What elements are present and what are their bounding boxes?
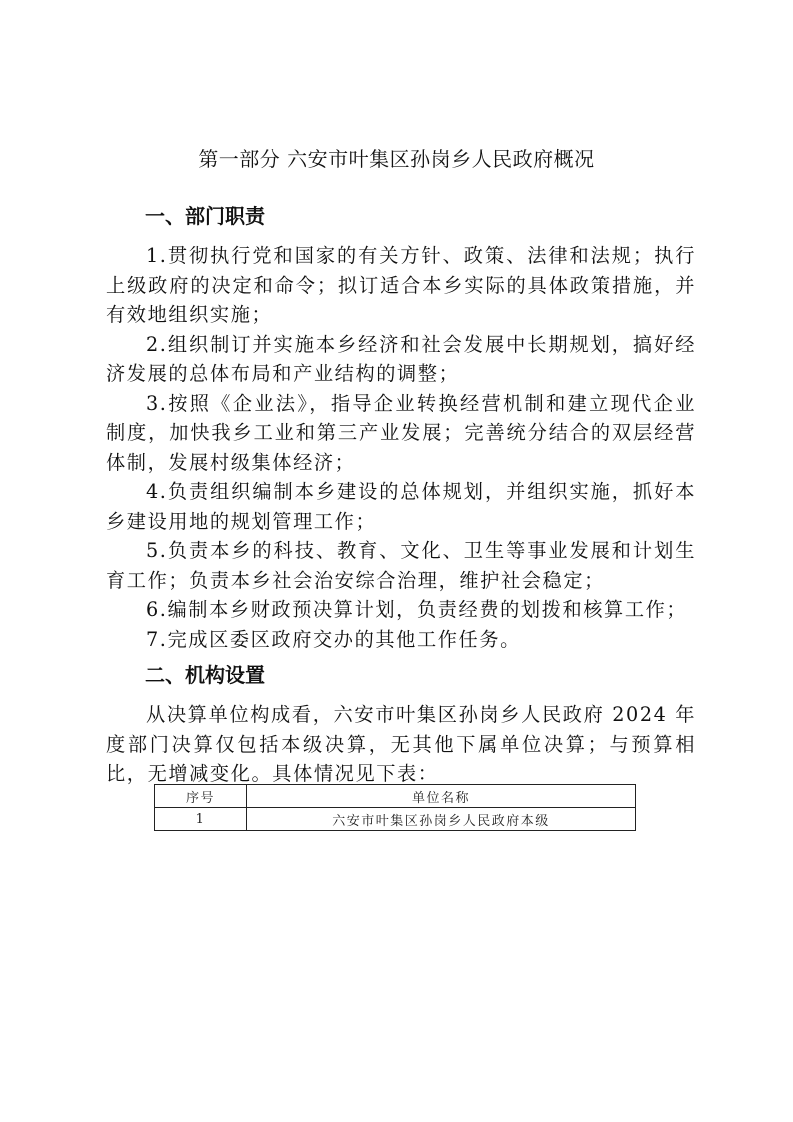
duty-paragraph-7: 7.完成区委区政府交办的其他工作任务。 — [106, 625, 696, 655]
table-header-row: 序号 单位名称 — [155, 785, 636, 808]
page-title: 第一部分 六安市叶集区孙岗乡人民政府概况 — [0, 146, 793, 172]
duty-paragraph-1: 1.贯彻执行党和国家的有关方针、政策、法律和法规；执行上级政府的决定和命令；拟订… — [106, 241, 696, 330]
duty-paragraph-6: 6.编制本乡财政预决算计划，负责经费的划拨和核算工作； — [106, 595, 696, 625]
duty-paragraph-2: 2.组织制订并实施本乡经济和社会发展中长期规划，搞好经济发展的总体布局和产业结构… — [106, 330, 696, 389]
cell-seq: 1 — [155, 808, 247, 831]
header-seq: 序号 — [155, 785, 247, 808]
section-heading-organization: 二、机构设置 — [145, 662, 265, 688]
section-heading-duties: 一、部门职责 — [145, 203, 265, 229]
duties-body: 1.贯彻执行党和国家的有关方针、政策、法律和法规；执行上级政府的决定和命令；拟订… — [106, 241, 696, 654]
duty-paragraph-3: 3.按照《企业法》，指导企业转换经营机制和建立现代企业制度，加快我乡工业和第三产… — [106, 389, 696, 478]
organization-body: 从决算单位构成看，六安市叶集区孙岗乡人民政府 2024 年度部门决算仅包括本级决… — [106, 700, 696, 789]
unit-table: 序号 单位名称 1 六安市叶集区孙岗乡人民政府本级 — [154, 784, 636, 831]
cell-unit-name: 六安市叶集区孙岗乡人民政府本级 — [247, 808, 636, 831]
table-row: 1 六安市叶集区孙岗乡人民政府本级 — [155, 808, 636, 831]
document-page: 第一部分 六安市叶集区孙岗乡人民政府概况 一、部门职责 1.贯彻执行党和国家的有… — [0, 0, 793, 1122]
header-unit-name: 单位名称 — [247, 785, 636, 808]
duty-paragraph-5: 5.负责本乡的科技、教育、文化、卫生等事业发展和计划生育工作；负责本乡社会治安综… — [106, 536, 696, 595]
organization-paragraph: 从决算单位构成看，六安市叶集区孙岗乡人民政府 2024 年度部门决算仅包括本级决… — [106, 700, 696, 789]
duty-paragraph-4: 4.负责组织编制本乡建设的总体规划，并组织实施，抓好本乡建设用地的规划管理工作； — [106, 477, 696, 536]
